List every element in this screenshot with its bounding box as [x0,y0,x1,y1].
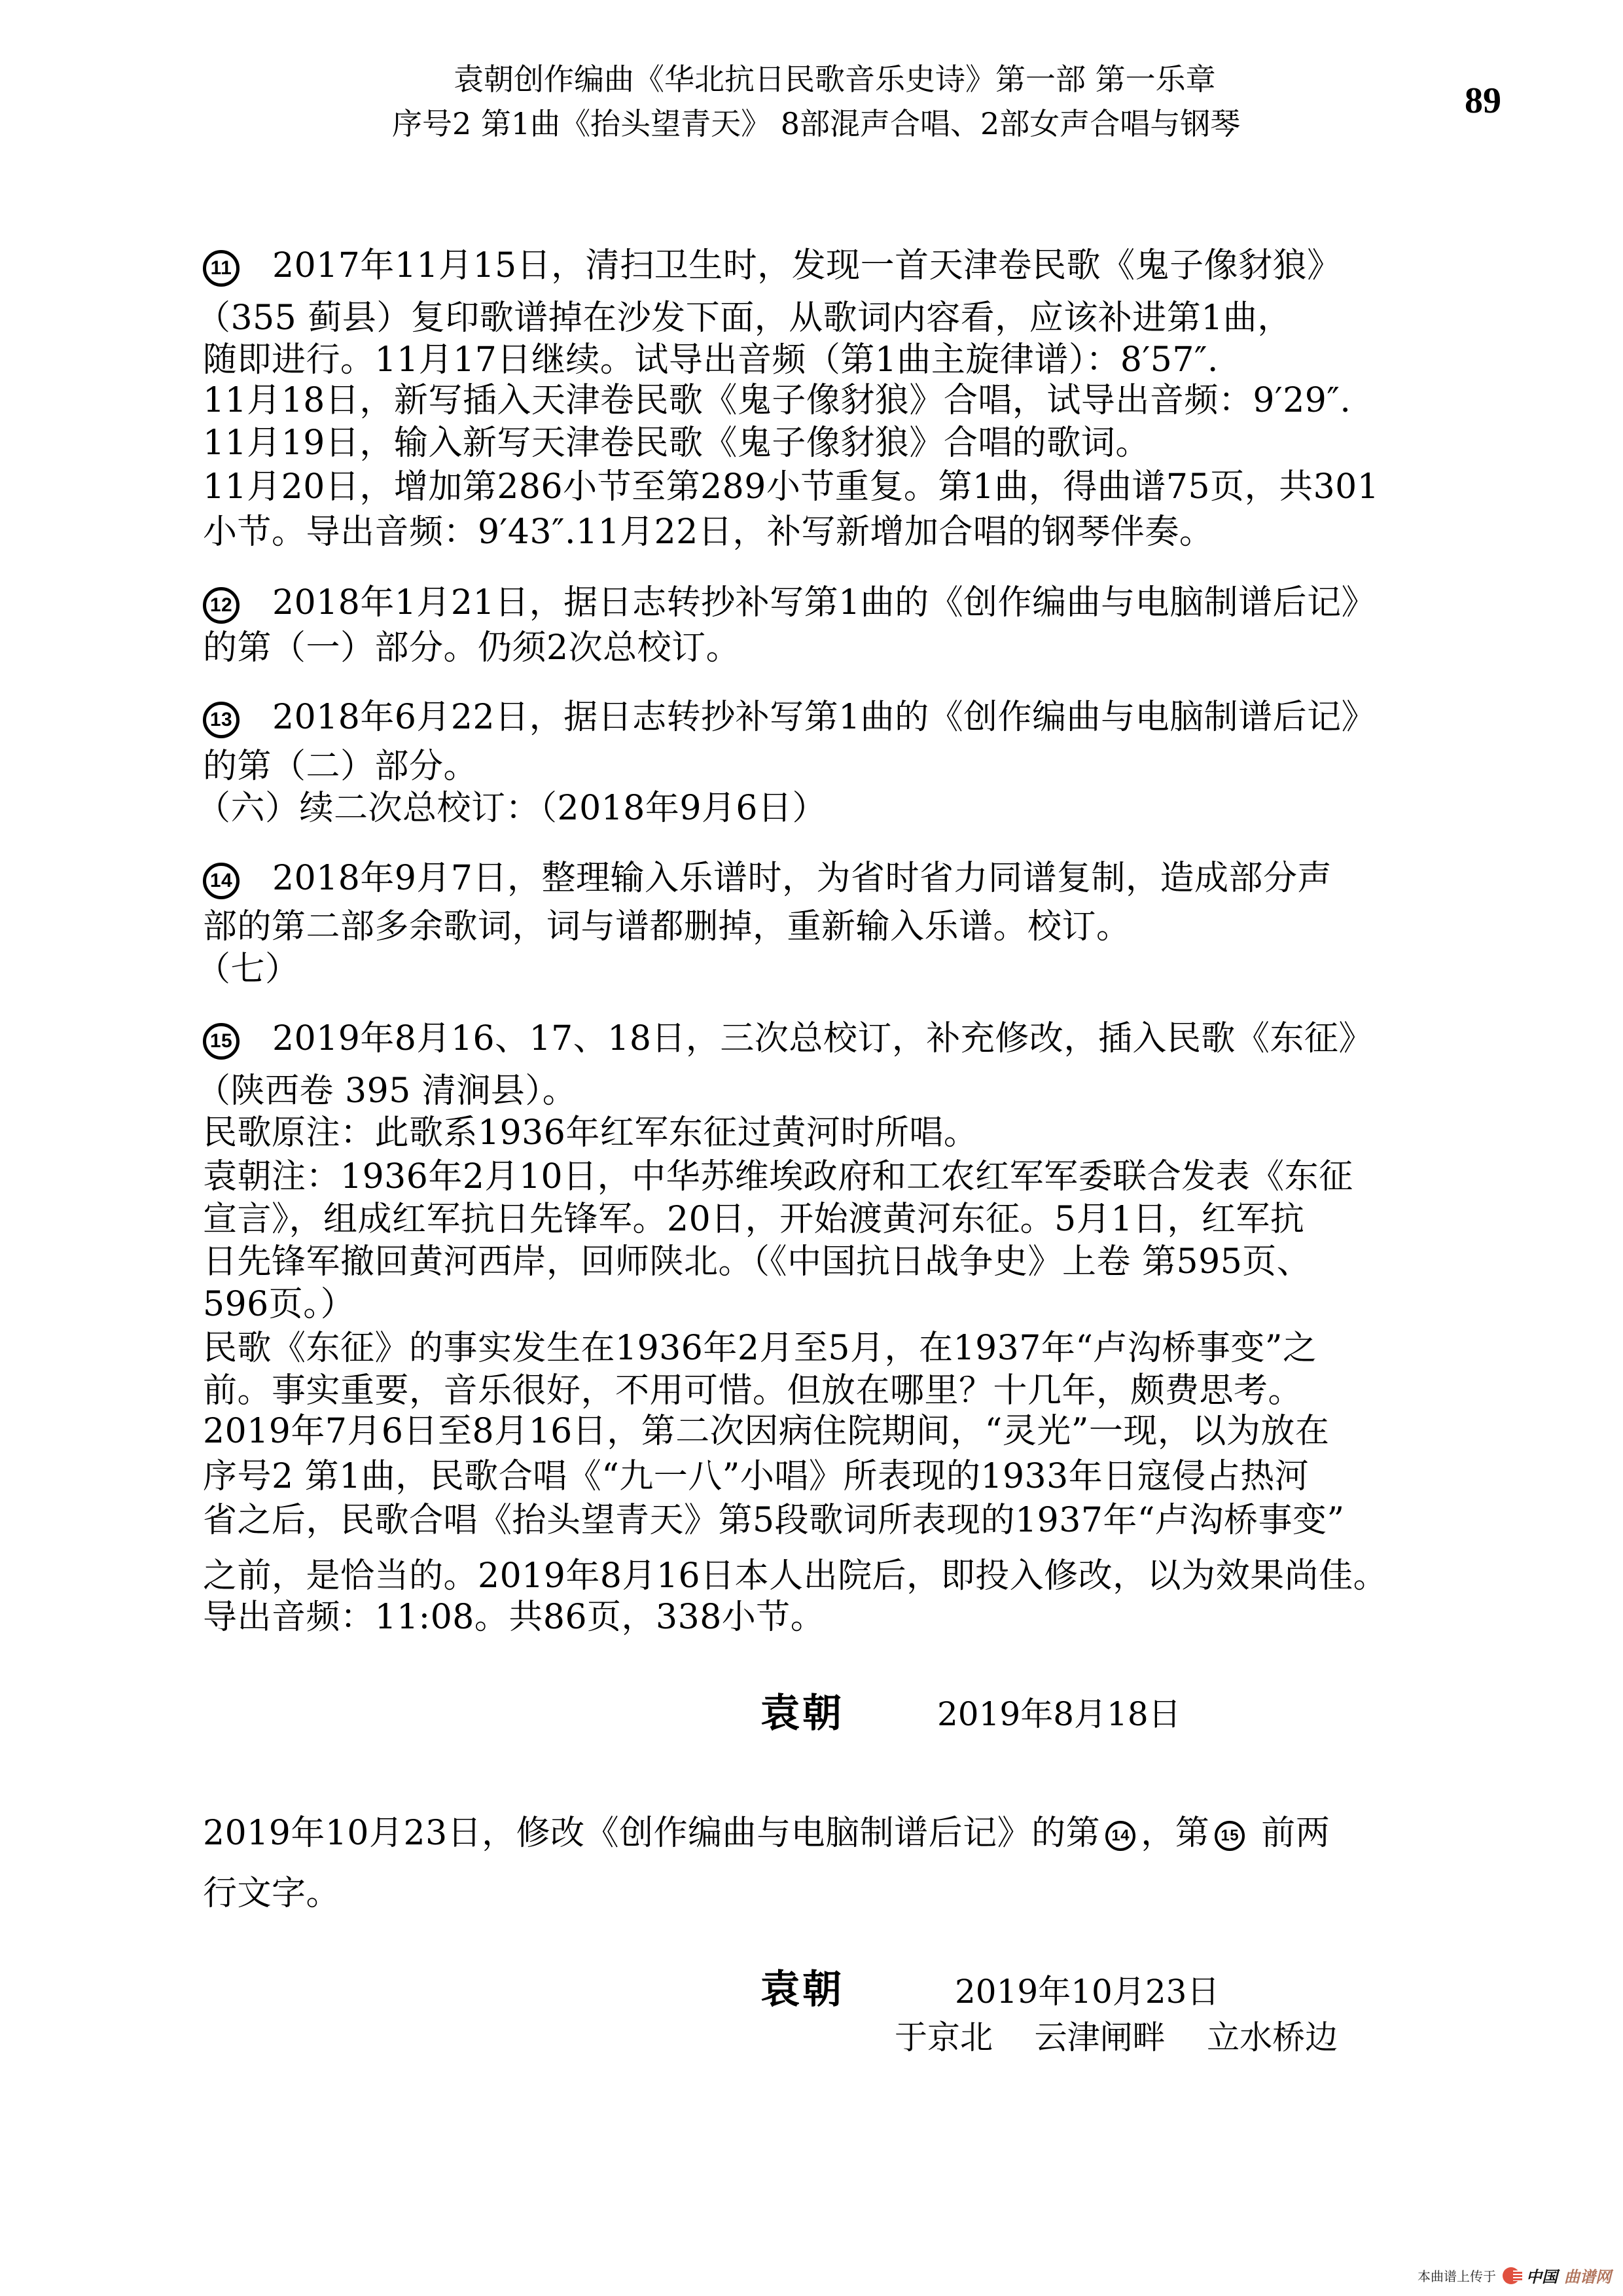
section-six-heading: （六）续二次总校订：（2018年9月6日） [196,791,827,825]
entry-11-line-3: 随即进行。11月17日继续。试导出音频（第1曲主旋律谱）：8′57″. [203,343,1219,377]
entry-11-line-6: 11月20日，增加第286小节至第289小节重复。第1曲，得曲谱75页，共301 [203,470,1379,504]
circled-number-15-icon: 15 [203,1023,240,1060]
signature-date: 2019年8月18日 [937,1698,1181,1731]
entry-11-line-1: 112017年11月15日，清扫卫生时，发现一首天津卷民歌《鬼子像豺狼》 [203,249,1342,287]
entry-12-line-2: 的第（一）部分。仍须2次总校订。 [203,631,740,665]
entry-text: 2018年9月7日，整理输入乐谱时，为省时省力同谱复制，造成部分声 [272,859,1332,898]
entry-13-line-2: 的第（二）部分。 [203,749,478,783]
signature-name: 袁朝 [760,1694,844,1733]
entry-15-line-1: 152019年8月16、17、18日，三次总校订，补充修改，插入民歌《东征》 [203,1022,1373,1060]
revision-note-line-1: 2019年10月23日，修改《创作编曲与电脑制谱后记》的第14，第15 前两 [203,1816,1330,1851]
entry-text: 2017年11月15日，清扫卫生时，发现一首天津卷民歌《鬼子像豺狼》 [272,246,1342,285]
signature-name: 袁朝 [760,1970,844,2009]
signature-place: 于京北 云津闸畔 立水桥边 [895,2021,1338,2054]
circled-number-14-icon: 14 [203,863,240,899]
entry-11-line-4: 11月18日，新写插入天津卷民歌《鬼子像豺狼》合唱，试导出音频：9′29″. [203,384,1351,418]
entry-text: 2018年1月21日，据日志转抄补写第1曲的《创作编曲与电脑制谱后记》 [272,583,1376,622]
entry-15-line-8: 民歌《东征》的事实发生在1936年2月至5月，在1937年“卢沟桥事变”之 [203,1331,1317,1365]
entry-11-line-2: （355 蓟县）复印歌谱掉在沙发下面，从歌词内容看，应该补进第1曲， [196,301,1292,335]
entry-11-line-5: 11月19日，输入新写天津卷民歌《鬼子像豺狼》合唱的歌词。 [203,426,1150,460]
entry-text: 2018年6月22日，据日志转抄补写第1曲的《创作编曲与电脑制谱后记》 [272,698,1376,737]
entry-15-line-6: 日先锋军撤回黄河西岸，回师陕北。（《中国抗日战争史》上卷 第595页、 [203,1245,1311,1279]
header-title-line2: 序号2 第1曲《抬头望青天》 8部混声合唱、2部女声合唱与钢琴 [392,109,1240,139]
entry-15-line-5: 宣言》，组成红军抗日先锋军。20日，开始渡黄河东征。5月1日，红军抗 [203,1202,1304,1236]
section-seven-heading: （七） [196,952,300,986]
entry-13-line-1: 132018年6月22日，据日志转抄补写第1曲的《创作编曲与电脑制谱后记》 [203,700,1376,738]
revision-text: 2019年10月23日，修改《创作编曲与电脑制谱后记》的第 [203,1814,1100,1853]
revision-note-line-2: 行文字。 [203,1876,340,1910]
site-name-b: 曲谱网 [1564,2264,1611,2287]
entry-15-line-10: 2019年7月6日至8月16日，第二次因病住院期间，“灵光”一现，以为放在 [203,1414,1329,1448]
site-name-a: 中国 [1526,2264,1558,2287]
circled-number-14-icon: 14 [1105,1821,1135,1851]
entry-12-line-1: 122018年1月21日，据日志转抄补写第1曲的《创作编曲与电脑制谱后记》 [203,586,1376,624]
signature-date: 2019年10月23日 [955,1975,1220,2008]
entry-14-line-2: 部的第二部多余歌词，词与谱都删掉，重新输入乐谱。校订。 [203,910,1131,944]
entry-15-line-13: 之前，是恰当的。2019年8月16日本人出院后，即投入修改，以为效果尚佳。 [203,1559,1387,1593]
entry-15-line-11: 序号2 第1曲，民歌合唱《“九一八”小唱》所表现的1933年日寇侵占热河 [203,1460,1309,1494]
entry-15-line-14: 导出音频：11:08。共86页，338小节。 [203,1600,825,1634]
header-title-line1: 袁朝创作编曲《华北抗日民歌音乐史诗》第一部 第一乐章 [454,64,1216,94]
circled-number-12-icon: 12 [203,587,240,624]
entry-15-line-2: （陕西卷 395 清涧县）。 [196,1074,577,1108]
entry-14-line-1: 142018年9月7日，整理输入乐谱时，为省时省力同谱复制，造成部分声 [203,861,1332,899]
uploaded-text: 本曲谱上传于 [1418,2266,1496,2285]
site-logo-icon [1503,2267,1520,2284]
circled-number-15-icon: 15 [1215,1821,1245,1851]
entry-15-line-7: 596页。） [203,1287,355,1321]
page-number: 89 [1465,82,1501,119]
entry-11-line-7: 小节。导出音频：9′43″.11月22日，补写新增加合唱的钢琴伴奏。 [203,515,1213,549]
entry-15-line-12: 省之后，民歌合唱《抬头望青天》第5段歌词所表现的1937年“卢沟桥事变” [203,1503,1345,1537]
entry-15-line-3: 民歌原注：此歌系1936年红军东征过黄河时所唱。 [203,1116,978,1150]
circled-number-11-icon: 11 [203,250,240,287]
revision-text: ，第 [1141,1814,1209,1853]
revision-text: 前两 [1250,1814,1330,1853]
entry-15-line-4: 袁朝注：1936年2月10日，中华苏维埃政府和工农红军军委联合发表《东征 [203,1160,1353,1194]
circled-number-13-icon: 13 [203,702,240,738]
entry-text: 2019年8月16、17、18日，三次总校订，补充修改，插入民歌《东征》 [272,1019,1373,1058]
footer-watermark: 本曲谱上传于 中国曲谱网 [1418,2264,1611,2287]
entry-15-line-9: 前。事实重要，音乐很好，不用可惜。但放在哪里？十几年，颇费思考。 [203,1374,1302,1408]
